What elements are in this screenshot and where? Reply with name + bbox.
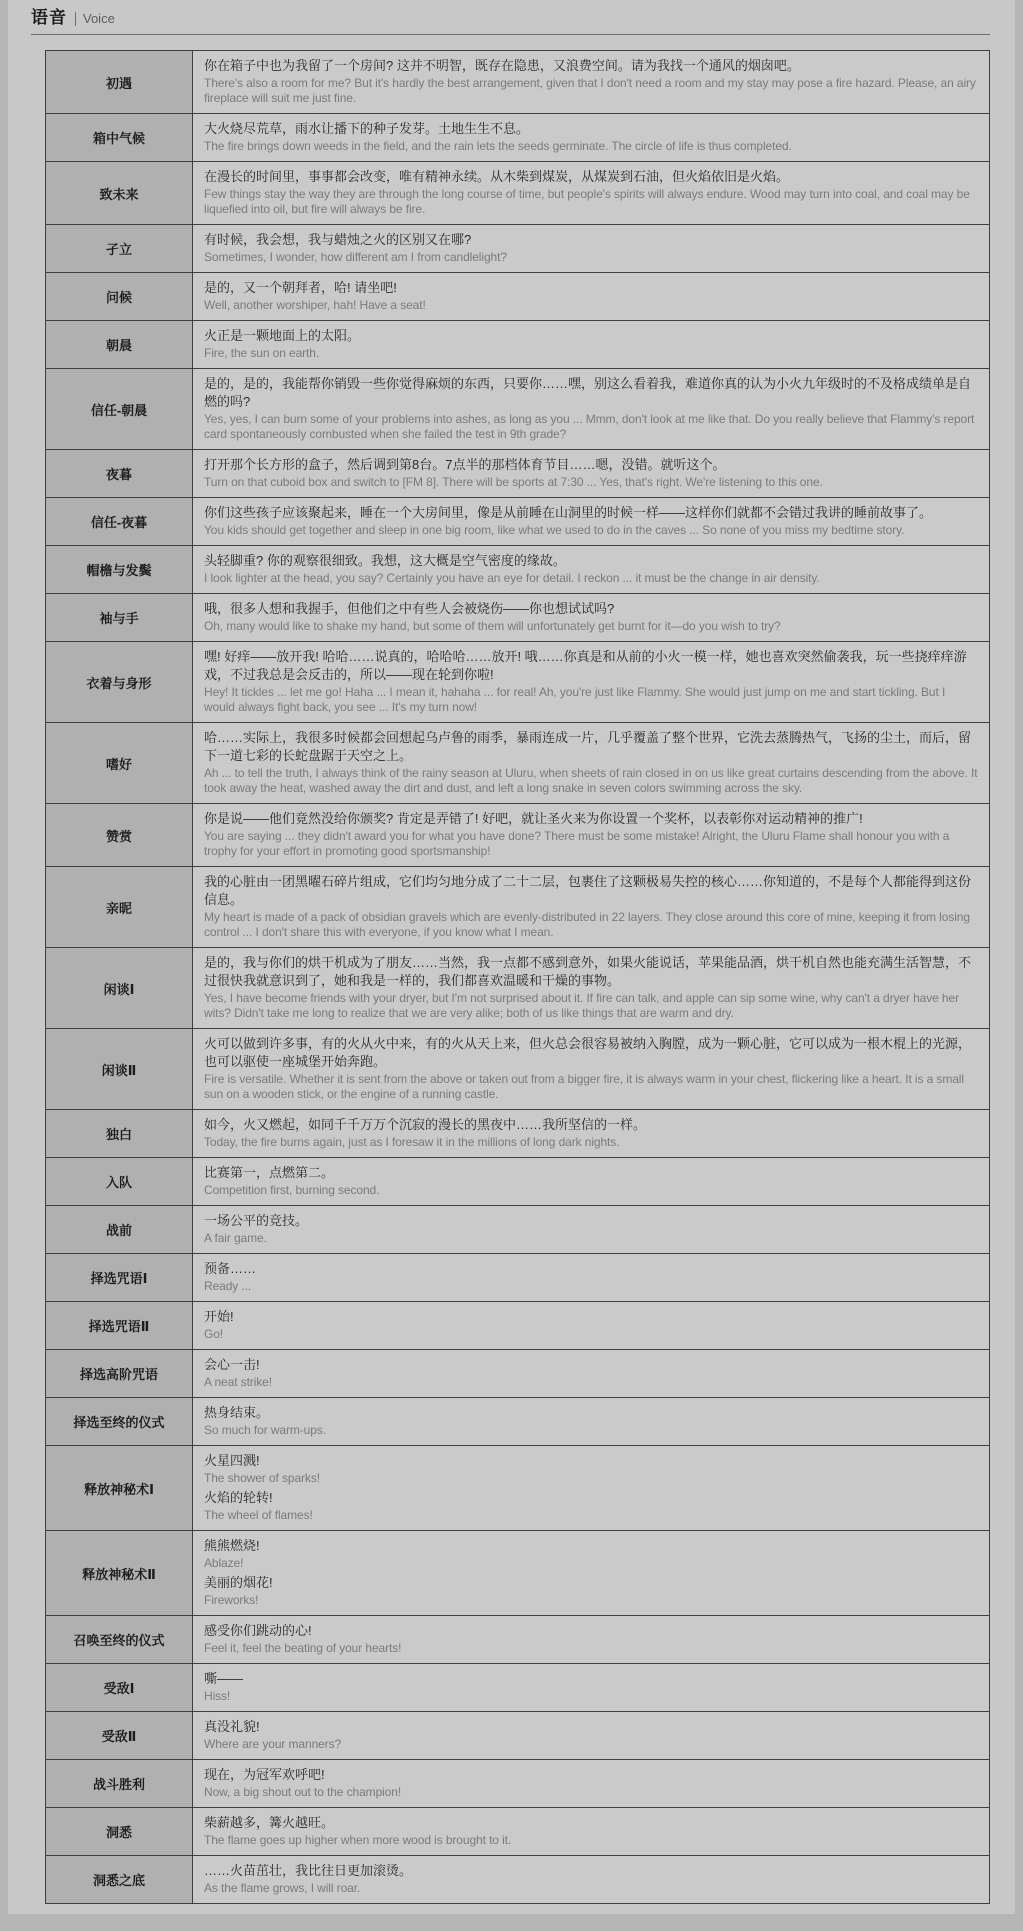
section-header: 语音 Voice xyxy=(8,0,1015,35)
voice-row-content: 火可以做到许多事，有的火从火中来，有的火从天上来，但火总会很容易被纳入胸膛，成为… xyxy=(193,1029,990,1110)
page-card: 语音 Voice 初遇你在箱子中也为我留了一个房间? 这并不明智，既存在隐患，又… xyxy=(8,0,1015,1914)
voice-line-cn: 打开那个长方形的盒子，然后调到第8台。7点半的那档体育节目……嗯，没错。就听这个… xyxy=(204,456,979,474)
voice-row-content: 感受你们跳动的心!Feel it, feel the beating of yo… xyxy=(193,1616,990,1664)
table-row: 独白如今，火又燃起，如同千千万万个沉寂的漫长的黑夜中……我所坚信的一样。Toda… xyxy=(46,1110,990,1158)
table-row: 初遇你在箱子中也为我留了一个房间? 这并不明智，既存在隐患，又浪费空间。请为我找… xyxy=(46,51,990,114)
voice-line-en: You are saying ... they didn't award you… xyxy=(204,829,979,859)
voice-line-pair: 会心一击!A neat strike! xyxy=(204,1356,979,1390)
voice-line-cn: 头轻脚重? 你的观察很细致。我想，这大概是空气密度的缘故。 xyxy=(204,552,979,570)
voice-line-pair: 哦，很多人想和我握手，但他们之中有些人会被烧伤——你也想试试吗?Oh, many… xyxy=(204,600,979,634)
table-row: 致未来在漫长的时间里，事事都会改变，唯有精神永续。从木柴到煤炭，从煤炭到石油，但… xyxy=(46,162,990,225)
voice-row-content: 你是说——他们竟然没给你颁奖? 肯定是弄错了! 好吧，就让圣火来为你设置一个奖杯… xyxy=(193,804,990,867)
voice-row-label: 择选至终的仪式 xyxy=(46,1398,193,1446)
voice-line-en: Yes, yes, I can burn some of your proble… xyxy=(204,412,979,442)
voice-line-en: Today, the fire burns again, just as I f… xyxy=(204,1135,979,1150)
voice-line-cn: 比赛第一，点燃第二。 xyxy=(204,1164,979,1182)
voice-line-cn: 火正是一颗地面上的太阳。 xyxy=(204,327,979,345)
voice-row-label: 衣着与身形 xyxy=(46,642,193,723)
voice-line-en: Competition first, burning second. xyxy=(204,1183,979,1198)
header-rule xyxy=(31,34,990,35)
voice-line-pair: 开始!Go! xyxy=(204,1308,979,1342)
voice-line-en: Hey! It tickles ... let me go! Haha ... … xyxy=(204,685,979,715)
voice-line-en: A fair game. xyxy=(204,1231,979,1246)
voice-line-cn: 你在箱子中也为我留了一个房间? 这并不明智，既存在隐患，又浪费空间。请为我找一个… xyxy=(204,57,979,75)
table-row: 择选咒语Ⅰ预备……Ready ... xyxy=(46,1254,990,1302)
voice-row-label: 信任-夜暮 xyxy=(46,498,193,546)
voice-row-content: 我的心脏由一团黑曜石碎片组成，它们均匀地分成了二十二层，包裹住了这颗极易失控的核… xyxy=(193,867,990,948)
table-row: 择选至终的仪式热身结束。So much for warm-ups. xyxy=(46,1398,990,1446)
voice-row-content: 是的，我与你们的烘干机成为了朋友……当然，我一点都不感到意外，如果火能说话，苹果… xyxy=(193,948,990,1029)
table-row: 赞赏你是说——他们竟然没给你颁奖? 肯定是弄错了! 好吧，就让圣火来为你设置一个… xyxy=(46,804,990,867)
voice-line-cn: 你是说——他们竟然没给你颁奖? 肯定是弄错了! 好吧，就让圣火来为你设置一个奖杯… xyxy=(204,810,979,828)
voice-row-content: 嘿! 好痒——放开我! 哈哈……说真的，哈哈哈……放开! 哦……你真是和从前的小… xyxy=(193,642,990,723)
voice-line-pair: 哈……实际上，我很多时候都会回想起乌卢鲁的雨季，暴雨连成一片，几乎覆盖了整个世界… xyxy=(204,729,979,796)
voice-line-cn: 火星四溅! xyxy=(204,1452,979,1470)
table-row: 亲昵我的心脏由一团黑曜石碎片组成，它们均匀地分成了二十二层，包裹住了这颗极易失控… xyxy=(46,867,990,948)
voice-line-pair: 你们这些孩子应该聚起来，睡在一个大房间里，像是从前睡在山洞里的时候一样——这样你… xyxy=(204,504,979,538)
voice-line-pair: 我的心脏由一团黑曜石碎片组成，它们均匀地分成了二十二层，包裹住了这颗极易失控的核… xyxy=(204,873,979,940)
voice-row-content: 柴薪越多，篝火越旺。The flame goes up higher when … xyxy=(193,1808,990,1856)
voice-line-cn: 火可以做到许多事，有的火从火中来，有的火从天上来，但火总会很容易被纳入胸膛，成为… xyxy=(204,1035,979,1071)
voice-line-cn: 嘿! 好痒——放开我! 哈哈……说真的，哈哈哈……放开! 哦……你真是和从前的小… xyxy=(204,648,979,684)
table-row: 释放神秘术Ⅰ火星四溅!The shower of sparks!火焰的轮转!Th… xyxy=(46,1446,990,1531)
voice-row-label: 独白 xyxy=(46,1110,193,1158)
table-row: 帽檐与发鬓头轻脚重? 你的观察很细致。我想，这大概是空气密度的缘故。I look… xyxy=(46,546,990,594)
voice-row-label: 释放神秘术Ⅱ xyxy=(46,1531,193,1616)
voice-row-label: 袖与手 xyxy=(46,594,193,642)
table-row: 闲谈Ⅰ是的，我与你们的烘干机成为了朋友……当然，我一点都不感到意外，如果火能说话… xyxy=(46,948,990,1029)
voice-line-en: Go! xyxy=(204,1327,979,1342)
voice-row-content: 有时候，我会想，我与蜡烛之火的区别又在哪?Sometimes, I wonder… xyxy=(193,225,990,273)
voice-row-content: 开始!Go! xyxy=(193,1302,990,1350)
voice-row-label: 箱中气候 xyxy=(46,114,193,162)
voice-row-content: 大火烧尽荒草，雨水让播下的种子发芽。土地生生不息。The fire brings… xyxy=(193,114,990,162)
voice-line-pair: 熊熊燃烧!Ablaze! xyxy=(204,1537,979,1571)
voice-line-cn: 现在，为冠军欢呼吧! xyxy=(204,1766,979,1784)
voice-row-content: 比赛第一，点燃第二。Competition first, burning sec… xyxy=(193,1158,990,1206)
voice-row-label: 受敌Ⅱ xyxy=(46,1712,193,1760)
voice-row-label: 信任-朝晨 xyxy=(46,369,193,450)
voice-row-label: 择选咒语Ⅱ xyxy=(46,1302,193,1350)
table-row: 袖与手哦，很多人想和我握手，但他们之中有些人会被烧伤——你也想试试吗?Oh, m… xyxy=(46,594,990,642)
voice-row-content: 打开那个长方形的盒子，然后调到第8台。7点半的那档体育节目……嗯，没错。就听这个… xyxy=(193,450,990,498)
voice-line-cn: 感受你们跳动的心! xyxy=(204,1622,979,1640)
table-row: 择选咒语Ⅱ开始!Go! xyxy=(46,1302,990,1350)
voice-line-cn: 预备…… xyxy=(204,1260,979,1278)
voice-line-cn: 我的心脏由一团黑曜石碎片组成，它们均匀地分成了二十二层，包裹住了这颗极易失控的核… xyxy=(204,873,979,909)
table-row: 召唤至终的仪式感受你们跳动的心!Feel it, feel the beatin… xyxy=(46,1616,990,1664)
table-row: 信任-朝晨是的，是的，我能帮你销毁一些你觉得麻烦的东西，只要你……嘿，别这么看着… xyxy=(46,369,990,450)
voice-row-label: 择选咒语Ⅰ xyxy=(46,1254,193,1302)
voice-line-en: The shower of sparks! xyxy=(204,1471,979,1486)
voice-row-content: 是的，又一个朝拜者，哈! 请坐吧!Well, another worshiper… xyxy=(193,273,990,321)
voice-row-label: 嗜好 xyxy=(46,723,193,804)
table-row: 孑立有时候，我会想，我与蜡烛之火的区别又在哪?Sometimes, I wond… xyxy=(46,225,990,273)
voice-line-pair: 火焰的轮转!The wheel of flames! xyxy=(204,1489,979,1523)
voice-line-cn: 一场公平的竞技。 xyxy=(204,1212,979,1230)
voice-row-content: 熊熊燃烧!Ablaze!美丽的烟花!Fireworks! xyxy=(193,1531,990,1616)
voice-row-label: 初遇 xyxy=(46,51,193,114)
voice-line-en: I look lighter at the head, you say? Cer… xyxy=(204,571,979,586)
voice-line-cn: 会心一击! xyxy=(204,1356,979,1374)
voice-row-content: 火星四溅!The shower of sparks!火焰的轮转!The whee… xyxy=(193,1446,990,1531)
voice-line-cn: 熊熊燃烧! xyxy=(204,1537,979,1555)
voice-line-en: Feel it, feel the beating of your hearts… xyxy=(204,1641,979,1656)
table-row: 朝晨火正是一颗地面上的太阳。Fire, the sun on earth. xyxy=(46,321,990,369)
voice-row-content: 是的，是的，我能帮你销毁一些你觉得麻烦的东西，只要你……嘿，别这么看着我，难道你… xyxy=(193,369,990,450)
voice-row-label: 择选高阶咒语 xyxy=(46,1350,193,1398)
voice-line-en: Oh, many would like to shake my hand, bu… xyxy=(204,619,979,634)
table-row: 战前一场公平的竞技。A fair game. xyxy=(46,1206,990,1254)
voice-line-cn: 在漫长的时间里，事事都会改变，唯有精神永续。从木柴到煤炭，从煤炭到石油，但火焰依… xyxy=(204,168,979,186)
voice-row-content: 嘶——Hiss! xyxy=(193,1664,990,1712)
voice-line-pair: 在漫长的时间里，事事都会改变，唯有精神永续。从木柴到煤炭，从煤炭到石油，但火焰依… xyxy=(204,168,979,217)
voice-row-label: 闲谈Ⅰ xyxy=(46,948,193,1029)
voice-line-pair: ……火苗茁壮，我比往日更加滚烫。As the flame grows, I wi… xyxy=(204,1862,979,1896)
voice-line-en: Fire is versatile. Whether it is sent fr… xyxy=(204,1072,979,1102)
voice-line-pair: 是的，是的，我能帮你销毁一些你觉得麻烦的东西，只要你……嘿，别这么看着我，难道你… xyxy=(204,375,979,442)
voice-line-en: My heart is made of a pack of obsidian g… xyxy=(204,910,979,940)
voice-line-en: Few things stay the way they are through… xyxy=(204,187,979,217)
voice-line-pair: 大火烧尽荒草，雨水让播下的种子发芽。土地生生不息。The fire brings… xyxy=(204,120,979,154)
voice-row-label: 孑立 xyxy=(46,225,193,273)
table-row: 受敌Ⅰ嘶——Hiss! xyxy=(46,1664,990,1712)
voice-row-content: 头轻脚重? 你的观察很细致。我想，这大概是空气密度的缘故。I look ligh… xyxy=(193,546,990,594)
voice-row-label: 释放神秘术Ⅰ xyxy=(46,1446,193,1531)
voice-line-cn: 美丽的烟花! xyxy=(204,1574,979,1592)
voice-line-cn: 有时候，我会想，我与蜡烛之火的区别又在哪? xyxy=(204,231,979,249)
voice-line-en: The wheel of flames! xyxy=(204,1508,979,1523)
voice-line-cn: 是的，我与你们的烘干机成为了朋友……当然，我一点都不感到意外，如果火能说话，苹果… xyxy=(204,954,979,990)
table-row: 择选高阶咒语会心一击!A neat strike! xyxy=(46,1350,990,1398)
voice-line-pair: 是的，我与你们的烘干机成为了朋友……当然，我一点都不感到意外，如果火能说话，苹果… xyxy=(204,954,979,1021)
voice-line-pair: 头轻脚重? 你的观察很细致。我想，这大概是空气密度的缘故。I look ligh… xyxy=(204,552,979,586)
voice-row-content: 一场公平的竞技。A fair game. xyxy=(193,1206,990,1254)
voice-line-pair: 你是说——他们竟然没给你颁奖? 肯定是弄错了! 好吧，就让圣火来为你设置一个奖杯… xyxy=(204,810,979,859)
voice-line-en: Sometimes, I wonder, how different am I … xyxy=(204,250,979,265)
voice-row-content: 你们这些孩子应该聚起来，睡在一个大房间里，像是从前睡在山洞里的时候一样——这样你… xyxy=(193,498,990,546)
voice-line-en: The fire brings down weeds in the field,… xyxy=(204,139,979,154)
voice-line-cn: 是的，又一个朝拜者，哈! 请坐吧! xyxy=(204,279,979,297)
table-row: 夜暮打开那个长方形的盒子，然后调到第8台。7点半的那档体育节目……嗯，没错。就听… xyxy=(46,450,990,498)
table-row: 箱中气候大火烧尽荒草，雨水让播下的种子发芽。土地生生不息。The fire br… xyxy=(46,114,990,162)
voice-line-pair: 比赛第一，点燃第二。Competition first, burning sec… xyxy=(204,1164,979,1198)
voice-row-content: 火正是一颗地面上的太阳。Fire, the sun on earth. xyxy=(193,321,990,369)
voice-line-pair: 有时候，我会想，我与蜡烛之火的区别又在哪?Sometimes, I wonder… xyxy=(204,231,979,265)
voice-line-cn: 火焰的轮转! xyxy=(204,1489,979,1507)
voice-line-pair: 美丽的烟花!Fireworks! xyxy=(204,1574,979,1608)
voice-line-en: So much for warm-ups. xyxy=(204,1423,979,1438)
voice-row-content: 会心一击!A neat strike! xyxy=(193,1350,990,1398)
voice-line-cn: 真没礼貌! xyxy=(204,1718,979,1736)
voice-line-cn: 柴薪越多，篝火越旺。 xyxy=(204,1814,979,1832)
voice-row-content: 现在，为冠军欢呼吧!Now, a big shout out to the ch… xyxy=(193,1760,990,1808)
page-title-en: Voice xyxy=(83,8,115,30)
voice-line-cn: 热身结束。 xyxy=(204,1404,979,1422)
voice-line-en: Ready ... xyxy=(204,1279,979,1294)
voice-row-label: 问候 xyxy=(46,273,193,321)
voice-row-label: 洞悉 xyxy=(46,1808,193,1856)
voice-row-label: 致未来 xyxy=(46,162,193,225)
voice-line-pair: 嘶——Hiss! xyxy=(204,1670,979,1704)
voice-line-en: Where are your manners? xyxy=(204,1737,979,1752)
voice-row-content: 真没礼貌!Where are your manners? xyxy=(193,1712,990,1760)
table-row: 闲谈Ⅱ火可以做到许多事，有的火从火中来，有的火从天上来，但火总会很容易被纳入胸膛… xyxy=(46,1029,990,1110)
voice-line-pair: 嘿! 好痒——放开我! 哈哈……说真的，哈哈哈……放开! 哦……你真是和从前的小… xyxy=(204,648,979,715)
voice-line-en: Ablaze! xyxy=(204,1556,979,1571)
voice-line-en: Fireworks! xyxy=(204,1593,979,1608)
table-row: 衣着与身形嘿! 好痒——放开我! 哈哈……说真的，哈哈哈……放开! 哦……你真是… xyxy=(46,642,990,723)
voice-line-pair: 现在，为冠军欢呼吧!Now, a big shout out to the ch… xyxy=(204,1766,979,1800)
page-title: 语音 xyxy=(31,7,67,29)
voice-row-content: 如今，火又燃起，如同千千万万个沉寂的漫长的黑夜中……我所坚信的一样。Today,… xyxy=(193,1110,990,1158)
voice-row-content: 在漫长的时间里，事事都会改变，唯有精神永续。从木柴到煤炭，从煤炭到石油，但火焰依… xyxy=(193,162,990,225)
table-row: 战斗胜利现在，为冠军欢呼吧!Now, a big shout out to th… xyxy=(46,1760,990,1808)
voice-line-pair: 火星四溅!The shower of sparks! xyxy=(204,1452,979,1486)
voice-row-content: 哦，很多人想和我握手，但他们之中有些人会被烧伤——你也想试试吗?Oh, many… xyxy=(193,594,990,642)
voice-row-label: 帽檐与发鬓 xyxy=(46,546,193,594)
voice-row-content: 哈……实际上，我很多时候都会回想起乌卢鲁的雨季，暴雨连成一片，几乎覆盖了整个世界… xyxy=(193,723,990,804)
voice-line-pair: 柴薪越多，篝火越旺。The flame goes up higher when … xyxy=(204,1814,979,1848)
voice-line-pair: 火正是一颗地面上的太阳。Fire, the sun on earth. xyxy=(204,327,979,361)
voice-row-label: 洞悉之底 xyxy=(46,1856,193,1904)
table-row: 信任-夜暮你们这些孩子应该聚起来，睡在一个大房间里，像是从前睡在山洞里的时候一样… xyxy=(46,498,990,546)
voice-line-pair: 热身结束。So much for warm-ups. xyxy=(204,1404,979,1438)
voice-line-pair: 你在箱子中也为我留了一个房间? 这并不明智，既存在隐患，又浪费空间。请为我找一个… xyxy=(204,57,979,106)
voice-table: 初遇你在箱子中也为我留了一个房间? 这并不明智，既存在隐患，又浪费空间。请为我找… xyxy=(45,50,990,1904)
voice-line-en: As the flame grows, I will roar. xyxy=(204,1881,979,1896)
voice-line-en: The flame goes up higher when more wood … xyxy=(204,1833,979,1848)
table-row: 受敌Ⅱ真没礼貌!Where are your manners? xyxy=(46,1712,990,1760)
voice-line-pair: 预备……Ready ... xyxy=(204,1260,979,1294)
voice-line-cn: ……火苗茁壮，我比往日更加滚烫。 xyxy=(204,1862,979,1880)
voice-table-body: 初遇你在箱子中也为我留了一个房间? 这并不明智，既存在隐患，又浪费空间。请为我找… xyxy=(46,51,990,1904)
voice-row-label: 亲昵 xyxy=(46,867,193,948)
voice-line-pair: 火可以做到许多事，有的火从火中来，有的火从天上来，但火总会很容易被纳入胸膛，成为… xyxy=(204,1035,979,1102)
table-row: 洞悉柴薪越多，篝火越旺。The flame goes up higher whe… xyxy=(46,1808,990,1856)
voice-row-label: 入队 xyxy=(46,1158,193,1206)
voice-row-label: 夜暮 xyxy=(46,450,193,498)
voice-line-cn: 大火烧尽荒草，雨水让播下的种子发芽。土地生生不息。 xyxy=(204,120,979,138)
voice-row-label: 战前 xyxy=(46,1206,193,1254)
voice-line-en: A neat strike! xyxy=(204,1375,979,1390)
voice-line-cn: 是的，是的，我能帮你销毁一些你觉得麻烦的东西，只要你……嘿，别这么看着我，难道你… xyxy=(204,375,979,411)
voice-line-en: Now, a big shout out to the champion! xyxy=(204,1785,979,1800)
voice-line-pair: 真没礼貌!Where are your manners? xyxy=(204,1718,979,1752)
voice-line-en: Hiss! xyxy=(204,1689,979,1704)
voice-line-en: There's also a room for me? But it's har… xyxy=(204,76,979,106)
table-row: 入队比赛第一，点燃第二。Competition first, burning s… xyxy=(46,1158,990,1206)
title-divider xyxy=(75,12,76,26)
voice-line-cn: 哈……实际上，我很多时候都会回想起乌卢鲁的雨季，暴雨连成一片，几乎覆盖了整个世界… xyxy=(204,729,979,765)
voice-line-en: Fire, the sun on earth. xyxy=(204,346,979,361)
voice-row-label: 赞赏 xyxy=(46,804,193,867)
voice-line-pair: 感受你们跳动的心!Feel it, feel the beating of yo… xyxy=(204,1622,979,1656)
table-row: 嗜好哈……实际上，我很多时候都会回想起乌卢鲁的雨季，暴雨连成一片，几乎覆盖了整个… xyxy=(46,723,990,804)
table-row: 释放神秘术Ⅱ熊熊燃烧!Ablaze!美丽的烟花!Fireworks! xyxy=(46,1531,990,1616)
voice-row-content: ……火苗茁壮，我比往日更加滚烫。As the flame grows, I wi… xyxy=(193,1856,990,1904)
voice-row-label: 朝晨 xyxy=(46,321,193,369)
voice-line-en: Turn on that cuboid box and switch to [F… xyxy=(204,475,979,490)
voice-row-content: 预备……Ready ... xyxy=(193,1254,990,1302)
voice-row-content: 热身结束。So much for warm-ups. xyxy=(193,1398,990,1446)
voice-line-cn: 开始! xyxy=(204,1308,979,1326)
voice-line-cn: 哦，很多人想和我握手，但他们之中有些人会被烧伤——你也想试试吗? xyxy=(204,600,979,618)
voice-row-label: 闲谈Ⅱ xyxy=(46,1029,193,1110)
voice-line-pair: 如今，火又燃起，如同千千万万个沉寂的漫长的黑夜中……我所坚信的一样。Today,… xyxy=(204,1116,979,1150)
voice-line-cn: 嘶—— xyxy=(204,1670,979,1688)
table-row: 洞悉之底……火苗茁壮，我比往日更加滚烫。As the flame grows, … xyxy=(46,1856,990,1904)
voice-row-content: 你在箱子中也为我留了一个房间? 这并不明智，既存在隐患，又浪费空间。请为我找一个… xyxy=(193,51,990,114)
voice-line-en: Yes, I have become friends with your dry… xyxy=(204,991,979,1021)
voice-row-label: 召唤至终的仪式 xyxy=(46,1616,193,1664)
voice-line-en: Well, another worshiper, hah! Have a sea… xyxy=(204,298,979,313)
table-row: 问候是的，又一个朝拜者，哈! 请坐吧!Well, another worship… xyxy=(46,273,990,321)
voice-line-cn: 如今，火又燃起，如同千千万万个沉寂的漫长的黑夜中……我所坚信的一样。 xyxy=(204,1116,979,1134)
voice-row-label: 战斗胜利 xyxy=(46,1760,193,1808)
voice-line-pair: 一场公平的竞技。A fair game. xyxy=(204,1212,979,1246)
voice-line-en: You kids should get together and sleep i… xyxy=(204,523,979,538)
voice-line-en: Ah ... to tell the truth, I always think… xyxy=(204,766,979,796)
voice-line-cn: 你们这些孩子应该聚起来，睡在一个大房间里，像是从前睡在山洞里的时候一样——这样你… xyxy=(204,504,979,522)
voice-line-pair: 打开那个长方形的盒子，然后调到第8台。7点半的那档体育节目……嗯，没错。就听这个… xyxy=(204,456,979,490)
voice-line-pair: 是的，又一个朝拜者，哈! 请坐吧!Well, another worshiper… xyxy=(204,279,979,313)
voice-row-label: 受敌Ⅰ xyxy=(46,1664,193,1712)
